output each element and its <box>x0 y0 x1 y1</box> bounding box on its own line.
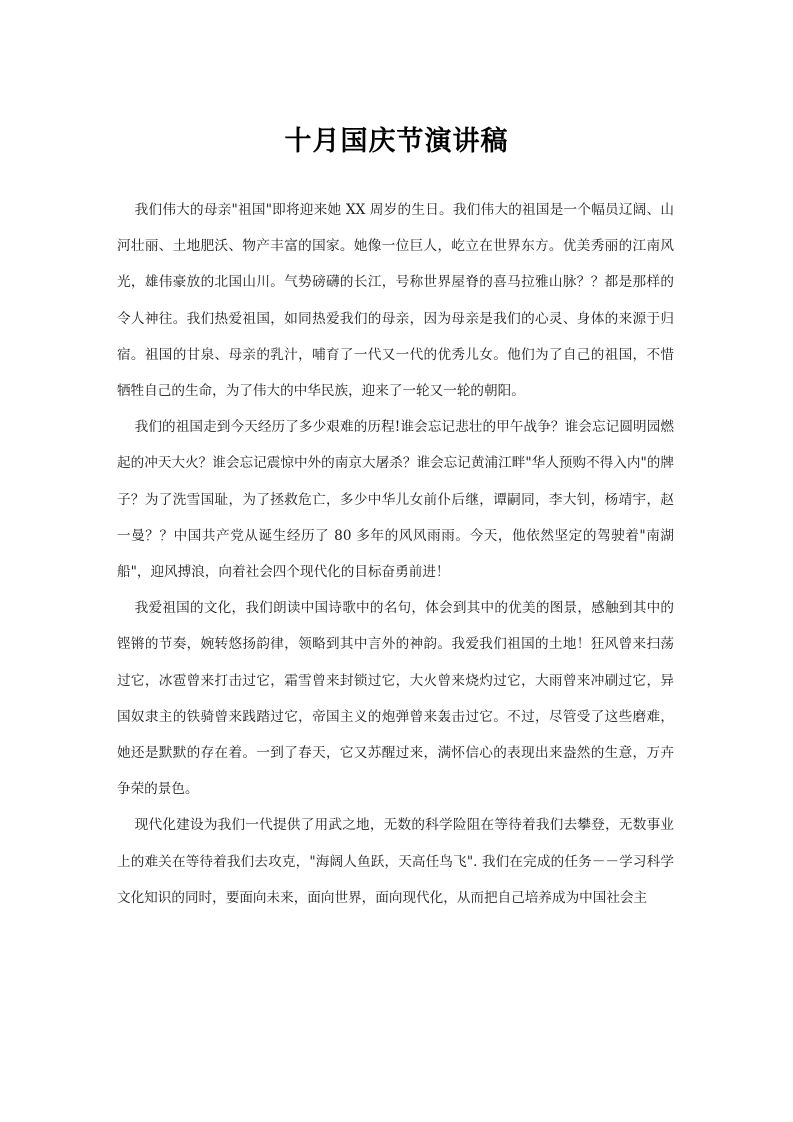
document-body: 我们伟大的母亲"祖国"即将迎来她 XX 周岁的生日。我们伟大的祖国是一个幅员辽阔… <box>117 192 674 916</box>
paragraph-1: 我们伟大的母亲"祖国"即将迎来她 XX 周岁的生日。我们伟大的祖国是一个幅员辽阔… <box>117 192 674 409</box>
document-page: 十月国庆节演讲稿 我们伟大的母亲"祖国"即将迎来她 XX 周岁的生日。我们伟大的… <box>0 0 793 1122</box>
paragraph-2: 我们的祖国走到今天经历了多少艰难的历程!谁会忘记悲壮的甲午战争？谁会忘记圆明园燃… <box>117 409 674 590</box>
document-title: 十月国庆节演讲稿 <box>0 124 793 160</box>
paragraph-4: 现代化建设为我们一代提供了用武之地，无数的科学险阻在等待着我们去攀登，无数事业上… <box>117 807 674 916</box>
paragraph-3: 我爱祖国的文化，我们朗读中国诗歌中的名句，体会到其中的优美的图景，感触到其中的铿… <box>117 590 674 807</box>
